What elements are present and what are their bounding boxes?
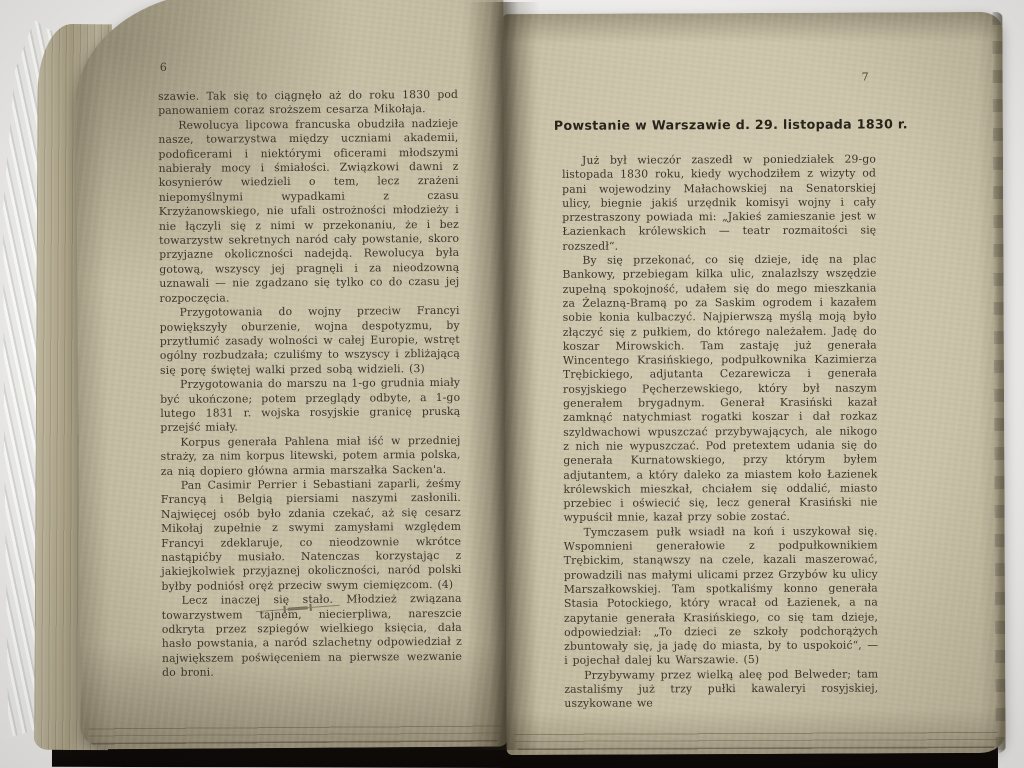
page-edge-lines xyxy=(88,720,500,747)
paragraph: Rewolucya lipcowa francuska obudziła nad… xyxy=(158,117,459,306)
paragraph: Przybywamy przez wielką aleę pod Belwede… xyxy=(564,667,878,711)
paragraph: By się przekonać, co się dzieje, idę na … xyxy=(562,253,877,526)
page-edge-lines xyxy=(515,726,998,752)
paragraph: Korpus generała Pahlena miał iść w przed… xyxy=(160,434,460,479)
paragraph: Tymczasem pułk wsiadł na koń i uszykował… xyxy=(564,524,879,668)
paragraph: Pan Casimir Perrier i Sebastiani zaparli… xyxy=(161,477,462,594)
page-number-right: 7 xyxy=(862,70,870,83)
left-page: 6 szawie. Tak się to ciągnęło aż do roku… xyxy=(75,0,508,749)
paragraph: szawie. Tak się to ciągnęło aż do roku 1… xyxy=(158,88,458,119)
right-page-text: Już był wieczór zaszedł w poniedziałek 2… xyxy=(562,152,878,711)
left-page-text: szawie. Tak się to ciągnęło aż do roku 1… xyxy=(158,88,462,681)
chapter-heading: Powstanie w Warszawie d. 29. listopada 1… xyxy=(554,116,884,132)
right-page: 7 Powstanie w Warszawie d. 29. listopada… xyxy=(503,12,1005,755)
paragraph: Już był wieczór zaszedł w poniedziałek 2… xyxy=(562,152,876,253)
deckled-edge xyxy=(992,12,1005,753)
paragraph: Przygotowania do marszu na 1-go grudnia … xyxy=(160,376,460,436)
paragraph: Przygotowania do wojny przeciw Francyi p… xyxy=(160,304,460,378)
open-book-photo: 6 szawie. Tak się to ciągnęło aż do roku… xyxy=(0,0,1024,768)
page-number-left: 6 xyxy=(160,61,168,74)
